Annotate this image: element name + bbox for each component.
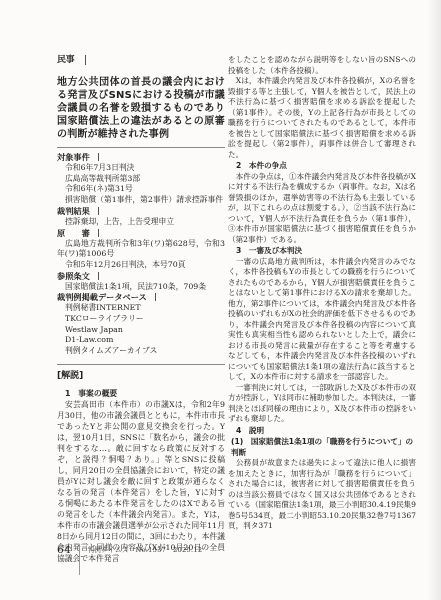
commentary-heading: [解説] [57, 371, 225, 382]
meta-line-text: 判例秘書INTERNET [65, 303, 141, 312]
meta-line-text: 対象事件 [57, 152, 99, 162]
page-footer: 64 判例タイムズ No.1537 2025.12 [57, 544, 202, 575]
footer-divider-bar [79, 545, 80, 575]
commentary-left-text: 1 事案の概要 安芸高田市（本件市）の市議Xは，令和2年9月30日，他の市議会議… [57, 388, 225, 564]
text-block: 1 事案の概要 [57, 388, 225, 399]
meta-line: 判例タイムズアーカイブス [57, 346, 225, 357]
text-block: 本件の争点は，①本件議会内発言及び本件各投稿がXに対する不法行為を構成するか（両… [228, 172, 416, 246]
footer-journal-title: 判例タイムズ No.1537 2025.12 [87, 544, 202, 555]
meta-line: 判例秘書INTERNET [57, 303, 225, 314]
footer-page-number: 64 [57, 544, 71, 557]
text-block: Xは，本件議会内発言及び本件各投稿が，Xの名誉を毀損する等と主張して，Y個人を被… [228, 76, 416, 160]
meta-line: 裁判例掲載データベース [57, 292, 225, 303]
meta-line-text: 参照条文 [57, 271, 99, 281]
left-column: 民事 地方公共団体の首長の議会内における発言及びSNSにおける投稿が市議会議員の… [57, 55, 225, 564]
meta-line-text: 令和6年7月3日判決 [65, 163, 134, 172]
meta-line-text: 広島高等裁判所第3部 [65, 174, 140, 183]
meta-line-text: 令和5年12月26日判決，本号70頁 [65, 260, 186, 269]
category-label: 民事 [57, 55, 225, 65]
text-block: 安芸高田市（本件市）の市議Xは，令和2年9月30日，他の市議会議員とともに，本件… [57, 399, 225, 564]
meta-line: 国家賠償法1条1項，民法710条，709条 [57, 282, 225, 293]
text-block: 一審判決に対しては，一部敗訴したX及び本件市の双方が控訴し，Yは同市に補助参加し… [228, 383, 416, 425]
meta-line: 裁判結果 [57, 206, 225, 217]
text-block: (1) 国家賠償法1条1項の「職務を行うについて」の判断 [228, 437, 416, 458]
meta-line: 原 審 [57, 228, 225, 239]
meta-line-text: 控訴棄却，上告，上告受理申立 [65, 217, 174, 226]
meta-line: 損害賠償（第1事件，第2事件）請求控訴事件 [57, 195, 225, 206]
text-block: 4 説明 [228, 426, 416, 437]
text-block: 3 一審及び本判決 [228, 246, 416, 257]
meta-line-text: D1-Law.com [65, 335, 113, 344]
journal-page: 民事 地方公共団体の首長の議会内における発言及びSNSにおける投稿が市議会議員の… [0, 0, 441, 600]
page-edge-shadow [427, 0, 441, 600]
meta-line: 令和6年7月3日判決 [57, 163, 225, 174]
meta-line: D1-Law.com [57, 335, 225, 346]
case-title: 地方公共団体の首長の議会内における発言及びSNSにおける投稿が市議会議員の名誉を… [57, 76, 225, 141]
case-metadata: 対象事件 令和6年7月3日判決 広島高等裁判所第3部 令和6年(ネ)第31号 損… [57, 152, 225, 357]
meta-line: Westlaw Japan [57, 325, 225, 336]
divider-title [57, 147, 225, 148]
meta-line-text: 損害賠償（第1事件，第2事件）請求控訴事件 [65, 195, 223, 204]
text-block: をしたことを認めながら説明等をしない旨のSNSへの投稿をした（本件各投稿）。 [228, 55, 416, 76]
meta-line-text: 裁判例掲載データベース [57, 292, 156, 302]
meta-line-text: TKCローライブラリー [65, 314, 144, 323]
text-block: 2 本件の争点 [228, 161, 416, 172]
commentary-right-text: をしたことを認めながら説明等をしない旨のSNSへの投稿をした（本件各投稿）。 X… [228, 55, 416, 532]
meta-line-text: 原 審 [57, 228, 99, 238]
meta-line-text: 裁判結果 [57, 206, 99, 216]
meta-line: TKCローライブラリー [57, 314, 225, 325]
meta-line: 令和6年(ネ)第31号 [57, 184, 225, 195]
meta-line: 控訴棄却，上告，上告受理申立 [57, 217, 225, 228]
text-block: 一審の広島地方裁判所は，本件議会内発言のみでなく，本件各投稿もYの市長としての職… [228, 257, 416, 383]
meta-line-text: Westlaw Japan [65, 325, 123, 334]
meta-line: 参照条文 [57, 271, 225, 282]
meta-line-text: 令和6年(ネ)第31号 [65, 184, 133, 193]
meta-line-text: 判例タイムズアーカイブス [65, 346, 157, 355]
meta-line: 対象事件 [57, 152, 225, 163]
meta-line-text: 広島地方裁判所令和3年(ワ)第628号，令和3年(ワ)第1006号 [57, 239, 225, 259]
text-block: 公務員が故意または過失によって違法に他人に損害を加えたときに，加害行為が「職務を… [228, 458, 416, 532]
right-column: をしたことを認めながら説明等をしない旨のSNSへの投稿をした（本件各投稿）。 X… [228, 55, 416, 532]
meta-line: 令和5年12月26日判決，本号70頁 [57, 260, 225, 271]
divider-commentary [57, 364, 225, 365]
meta-line: 広島地方裁判所令和3年(ワ)第628号，令和3年(ワ)第1006号 [57, 239, 225, 260]
meta-line-text: 国家賠償法1条1項，民法710条，709条 [65, 282, 206, 291]
category-label-text: 民事 [57, 55, 86, 65]
meta-line: 広島高等裁判所第3部 [57, 174, 225, 185]
